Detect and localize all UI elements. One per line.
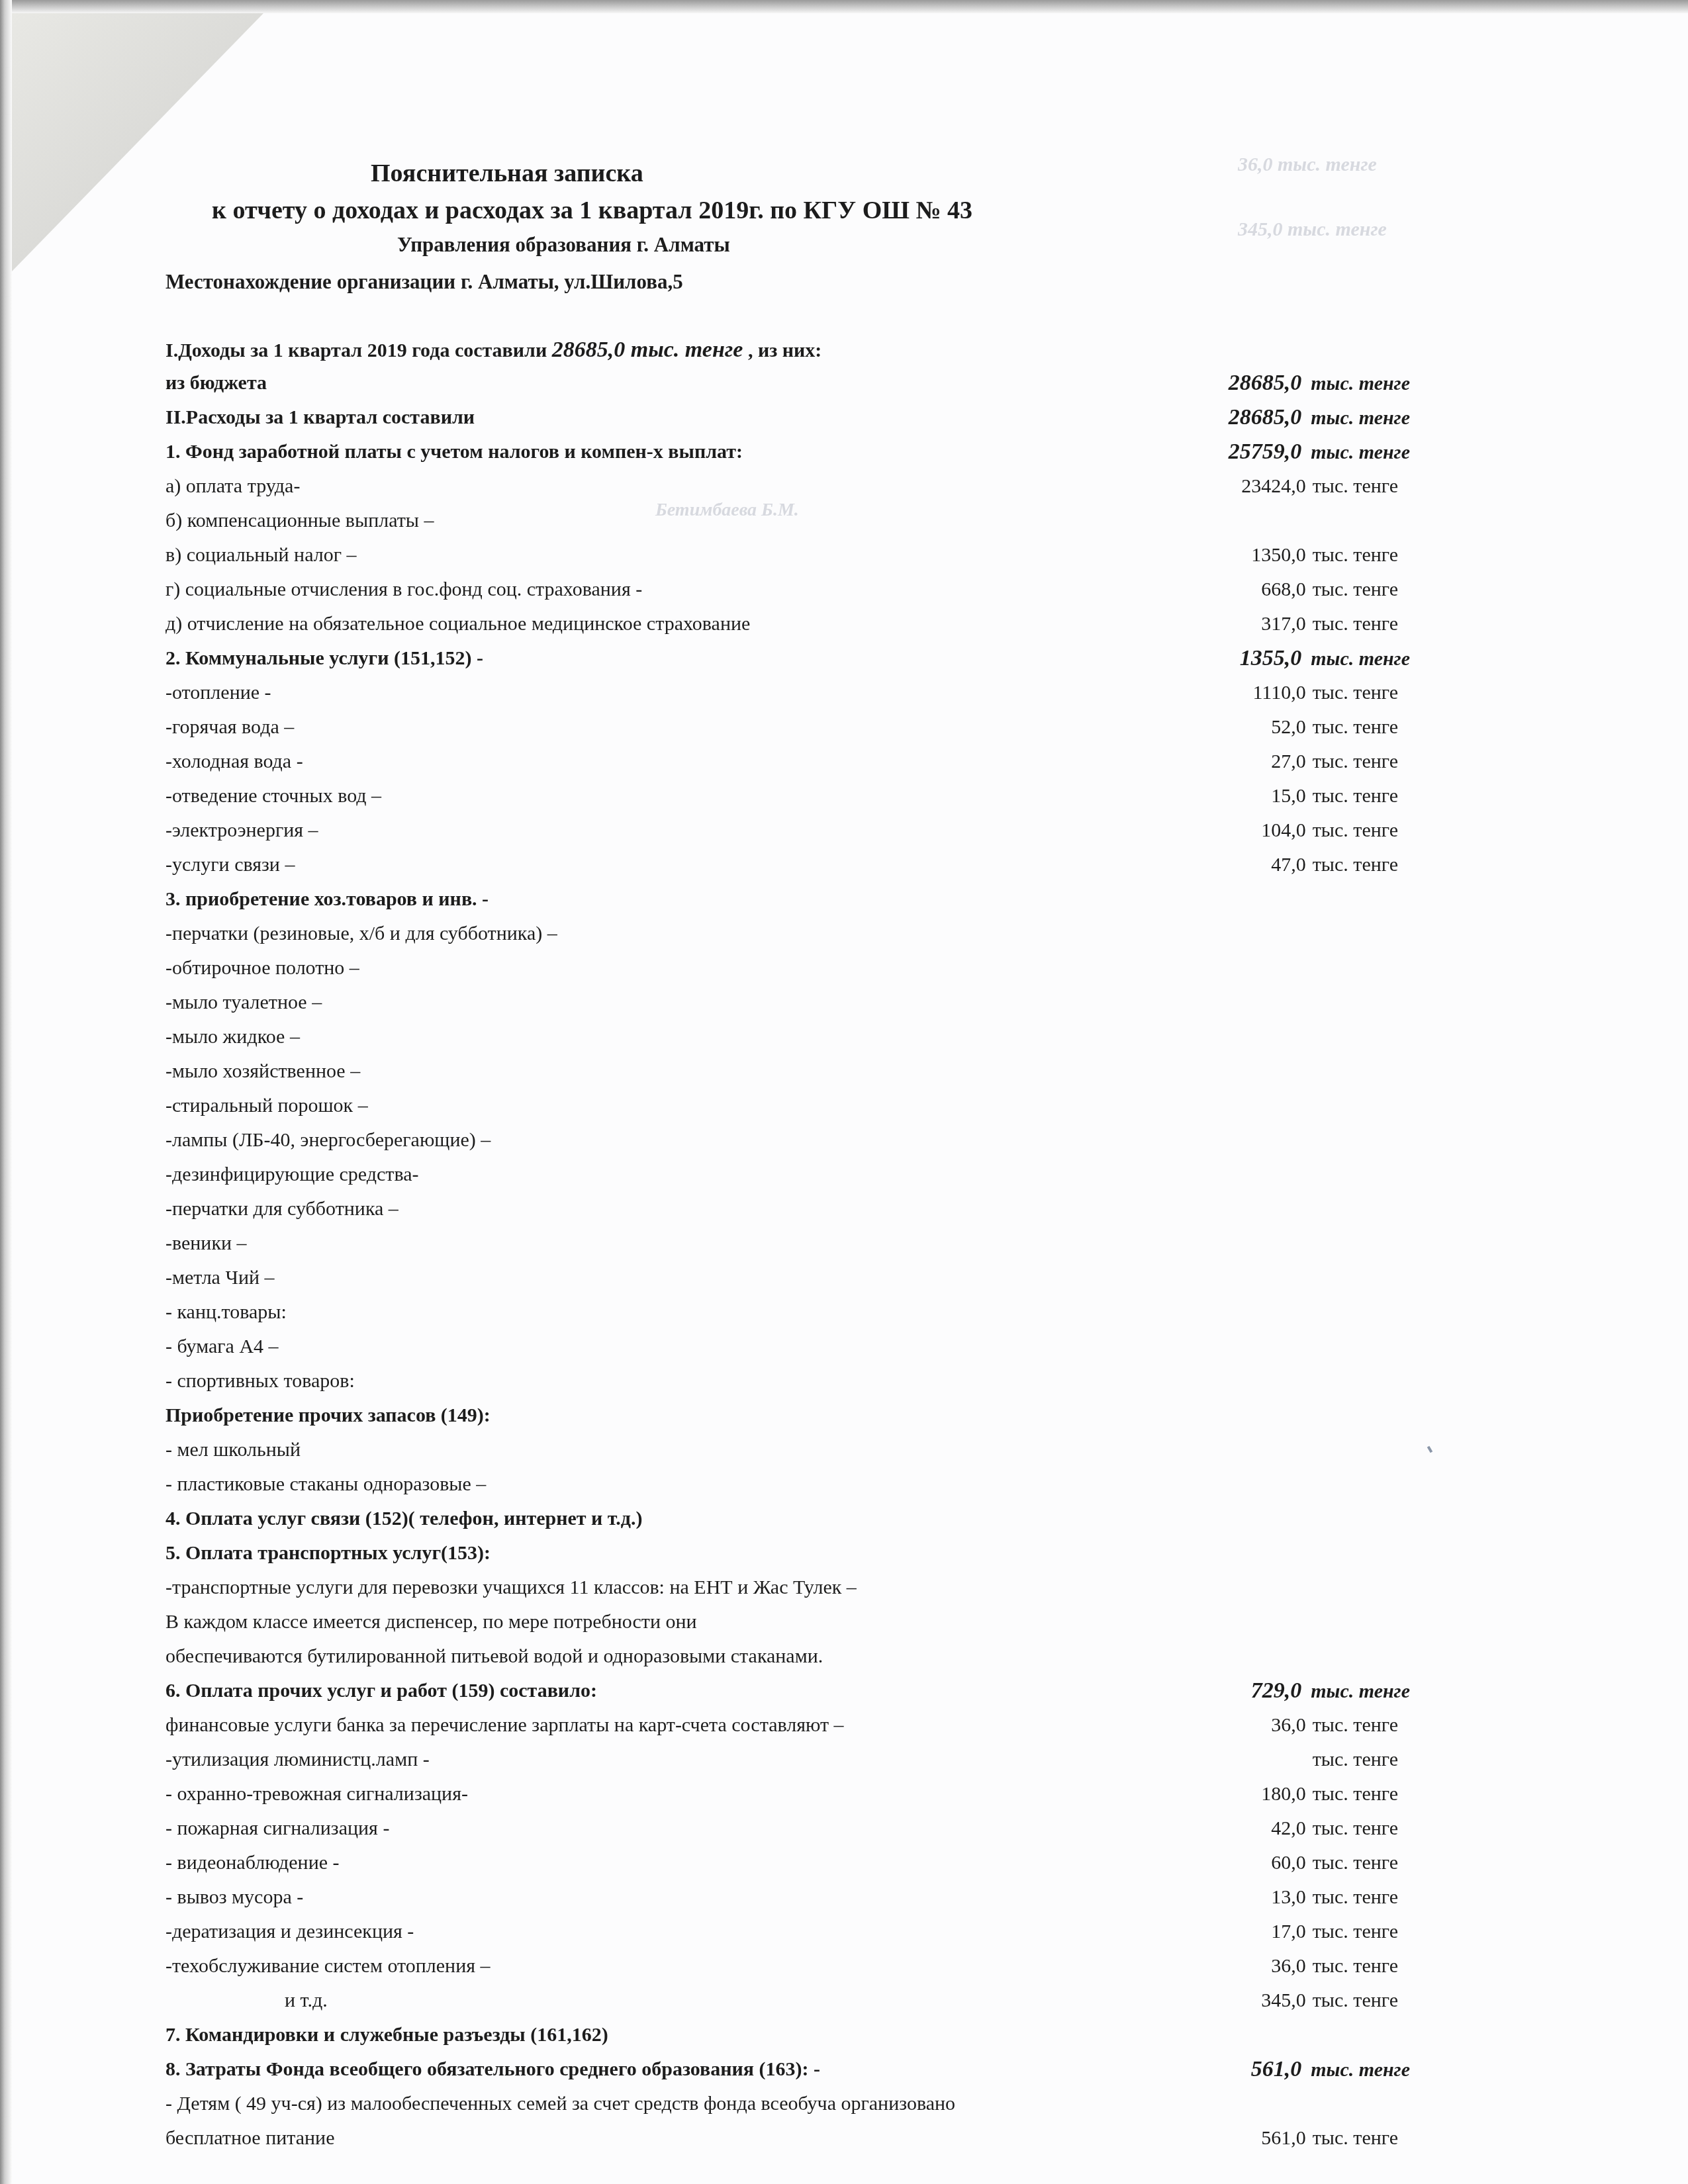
amount-value: 317,0 xyxy=(1261,613,1306,635)
line-item-label: -горячая вода – xyxy=(165,716,294,739)
line-item-label: -стиральный порошок – xyxy=(165,1095,368,1117)
amount-value: 28685,0 xyxy=(1229,371,1302,396)
line-item-label: -дезинфицирующие средства- xyxy=(165,1163,419,1186)
line-item-amount: 27,0тыс. тенге xyxy=(1271,751,1398,773)
scan-speck xyxy=(1427,1446,1432,1453)
line-item-amount: 180,0тыс. тенге xyxy=(1261,1783,1398,1805)
line-item-label: - канц.товары: xyxy=(165,1301,287,1324)
line-item-label: -перчатки (резиновые, х/б и для субботни… xyxy=(165,923,557,945)
section-heading: 5. Оплата транспортных услуг(153): xyxy=(165,1542,491,1565)
department: Управления образования г. Алматы xyxy=(397,233,861,257)
scan-left-edge xyxy=(0,0,12,2184)
amount-value: 345,0 xyxy=(1261,1989,1306,2012)
income-suffix: , из них: xyxy=(743,340,821,361)
line-item-label: -отопление - xyxy=(165,682,271,704)
amount-value: 36,0 xyxy=(1271,1714,1306,1737)
line-item-amount: 104,0тыс. тенге xyxy=(1261,819,1398,842)
line-item-label: - видеонаблюдение - xyxy=(165,1852,340,1874)
amount-value: 27,0 xyxy=(1271,751,1306,773)
currency-unit: тыс. тенге xyxy=(1313,613,1398,635)
line-item-label: бесплатное питание xyxy=(165,2127,334,2150)
amount-value: 104,0 xyxy=(1261,819,1306,842)
currency-unit: тыс. тенге xyxy=(1313,682,1398,704)
income-summary: I.Доходы за 1 квартал 2019 года составил… xyxy=(165,338,821,363)
currency-unit: тыс. тенге xyxy=(1313,1817,1398,1839)
line-item-amount: 60,0тыс. тенге xyxy=(1271,1852,1398,1874)
currency-unit: тыс. тенге xyxy=(1311,648,1410,670)
line-item-amount: 42,0тыс. тенге xyxy=(1271,1817,1398,1840)
currency-unit: тыс. тенге xyxy=(1313,544,1398,566)
currency-unit: тыс. тенге xyxy=(1311,441,1410,463)
line-item-label: -метла Чий – xyxy=(165,1267,275,1289)
section-heading: II.Расходы за 1 квартал составили xyxy=(165,406,475,429)
line-item-label: -мыло жидкое – xyxy=(165,1026,300,1048)
bleed-through-text: Бетимбаева Б.М. xyxy=(655,500,799,521)
currency-unit: тыс. тенге xyxy=(1311,407,1410,429)
line-item-label: и т.д. xyxy=(285,1989,328,2012)
line-item-label: - Детям ( 49 уч-ся) из малообеспеченных … xyxy=(165,2093,955,2115)
line-item-label: -обтирочное полотно – xyxy=(165,957,359,979)
line-item-label: -перчатки для субботника – xyxy=(165,1198,399,1220)
line-item-amount: 345,0тыс. тенге xyxy=(1261,1989,1398,2012)
organization-location: Местонахождение организации г. Алматы, у… xyxy=(165,270,960,294)
line-item-label: - вывоз мусора - xyxy=(165,1886,303,1909)
currency-unit: тыс. тенге xyxy=(1313,1989,1398,2011)
line-item-label: В каждом классе имеется диспенсер, по ме… xyxy=(165,1611,697,1633)
line-item-label: - охранно-тревожная сигнализация- xyxy=(165,1783,468,1805)
section-heading: из бюджета xyxy=(165,372,267,394)
currency-unit: тыс. тенге xyxy=(1311,2059,1410,2081)
amount-value: 42,0 xyxy=(1271,1817,1306,1840)
line-item-amount: тыс. тенге xyxy=(1306,1749,1398,1771)
section-heading: 4. Оплата услуг связи (152)( телефон, ин… xyxy=(165,1508,642,1530)
currency-unit: тыс. тенге xyxy=(1313,751,1398,772)
currency-unit: тыс. тенге xyxy=(1313,1852,1398,1874)
amount-value: 15,0 xyxy=(1271,785,1306,807)
currency-unit: тыс. тенге xyxy=(1313,1955,1398,1977)
line-item-amount: 13,0тыс. тенге xyxy=(1271,1886,1398,1909)
section-heading: 1. Фонд заработной платы с учетом налого… xyxy=(165,441,743,463)
currency-unit: тыс. тенге xyxy=(1313,1921,1398,1942)
amount-value: 60,0 xyxy=(1271,1852,1306,1874)
section-heading: 8. Затраты Фонда всеобщего обязательного… xyxy=(165,2058,820,2081)
line-item-label: -услуги связи – xyxy=(165,854,295,876)
currency-unit: тыс. тенге xyxy=(1313,819,1398,841)
line-item-label: - пожарная сигнализация - xyxy=(165,1817,389,1840)
section-total-amount: 561,0тыс. тенге xyxy=(1251,2057,1410,2082)
line-item-label: -техобслуживание систем отопления – xyxy=(165,1955,491,1978)
section-total-amount: 25759,0тыс. тенге xyxy=(1229,439,1410,465)
amount-value: 561,0 xyxy=(1261,2127,1306,2150)
currency-unit: тыс. тенге xyxy=(1313,475,1398,497)
currency-unit: тыс. тенге xyxy=(1313,1714,1398,1736)
line-item-amount: 668,0тыс. тенге xyxy=(1261,578,1398,601)
amount-value: 28685,0 xyxy=(1229,405,1302,430)
section-heading: 7. Командировки и служебные разъезды (16… xyxy=(165,2024,608,2046)
amount-value: 729,0 xyxy=(1251,1678,1302,1704)
line-item-amount: 47,0тыс. тенге xyxy=(1271,854,1398,876)
income-total: 28685,0 тыс. тенге xyxy=(552,338,743,362)
section-total-amount: 1355,0тыс. тенге xyxy=(1240,646,1410,671)
currency-unit: тыс. тенге xyxy=(1313,1749,1398,1770)
line-item-label: -дератизация и дезинсекция - xyxy=(165,1921,414,1943)
line-item-label: -электроэнергия – xyxy=(165,819,318,842)
line-item-label: - пластиковые стаканы одноразовые – xyxy=(165,1473,486,1496)
document-subtitle: к отчету о доходах и расходах за 1 кварт… xyxy=(212,196,1059,225)
amount-value: 36,0 xyxy=(1271,1955,1306,1978)
amount-value: 561,0 xyxy=(1251,2057,1302,2082)
line-item-label: -мыло хозяйственное – xyxy=(165,1060,360,1083)
currency-unit: тыс. тенге xyxy=(1313,1783,1398,1805)
line-item-label: б) компенсационные выплаты – xyxy=(165,510,434,532)
currency-unit: тыс. тенге xyxy=(1313,578,1398,600)
line-item-amount: 17,0тыс. тенге xyxy=(1271,1921,1398,1943)
line-item-amount: 15,0тыс. тенге xyxy=(1271,785,1398,807)
line-item-amount: 1110,0тыс. тенге xyxy=(1252,682,1398,704)
line-item-label: -лампы (ЛБ-40, энергосберегающие) – xyxy=(165,1129,491,1152)
currency-unit: тыс. тенге xyxy=(1311,373,1410,394)
line-item-label: - спортивных товаров: xyxy=(165,1370,355,1392)
currency-unit: тыс. тенге xyxy=(1313,1886,1398,1908)
line-item-label: г) социальные отчисления в гос.фонд соц.… xyxy=(165,578,642,601)
scan-top-edge xyxy=(0,0,1688,13)
amount-value: 17,0 xyxy=(1271,1921,1306,1943)
line-item-amount: 36,0тыс. тенге xyxy=(1271,1955,1398,1978)
line-item-label: финансовые услуги банка за перечисление … xyxy=(165,1714,844,1737)
currency-unit: тыс. тенге xyxy=(1313,785,1398,807)
line-item-label: - мел школьный xyxy=(165,1439,301,1461)
line-item-label: -транспортные услуги для перевозки учащи… xyxy=(165,1576,857,1599)
currency-unit: тыс. тенге xyxy=(1311,1680,1410,1702)
amount-value: 47,0 xyxy=(1271,854,1306,876)
line-item-label: -отведение сточных вод – xyxy=(165,785,381,807)
document-title: Пояснительная записка xyxy=(371,159,702,188)
section-total-amount: 28685,0тыс. тенге xyxy=(1229,371,1410,396)
line-item-amount: 52,0тыс. тенге xyxy=(1271,716,1398,739)
section-total-amount: 729,0тыс. тенге xyxy=(1251,1678,1410,1704)
section-heading: Приобретение прочих запасов (149): xyxy=(165,1404,491,1427)
line-item-label: а) оплата труда- xyxy=(165,475,300,498)
line-item-label: в) социальный налог – xyxy=(165,544,357,567)
bleed-through-text: 36,0 тыс. тенге xyxy=(1238,154,1377,176)
line-item-label: -веники – xyxy=(165,1232,247,1255)
income-label: I.Доходы за 1 квартал 2019 года составил… xyxy=(165,340,552,361)
line-item-amount: 561,0тыс. тенге xyxy=(1261,2127,1398,2150)
amount-value: 23424,0 xyxy=(1241,475,1306,498)
line-item-label: д) отчисление на обязательное социальное… xyxy=(165,613,750,635)
bleed-through-text: 345,0 тыс. тенге xyxy=(1238,218,1387,241)
section-heading: 2. Коммунальные услуги (151,152) - xyxy=(165,647,483,670)
line-item-amount: 1350,0тыс. тенге xyxy=(1251,544,1398,567)
currency-unit: тыс. тенге xyxy=(1313,854,1398,876)
line-item-amount: 317,0тыс. тенге xyxy=(1261,613,1398,635)
section-total-amount: 28685,0тыс. тенге xyxy=(1229,405,1410,430)
line-item-label: -мыло туалетное – xyxy=(165,991,322,1014)
line-item-amount: 23424,0тыс. тенге xyxy=(1241,475,1398,498)
amount-value: 1350,0 xyxy=(1251,544,1306,567)
amount-value: 668,0 xyxy=(1261,578,1306,601)
amount-value: 1110,0 xyxy=(1252,682,1305,704)
amount-value: 25759,0 xyxy=(1229,439,1302,465)
amount-value: 13,0 xyxy=(1271,1886,1306,1909)
section-heading: 6. Оплата прочих услуг и работ (159) сос… xyxy=(165,1680,597,1702)
amount-value: 180,0 xyxy=(1261,1783,1306,1805)
currency-unit: тыс. тенге xyxy=(1313,2127,1398,2149)
section-heading: 3. приобретение хоз.товаров и инв. - xyxy=(165,888,489,911)
line-item-label: - бумага А4 – xyxy=(165,1336,279,1358)
currency-unit: тыс. тенге xyxy=(1313,716,1398,738)
amount-value: 52,0 xyxy=(1271,716,1306,739)
line-item-amount: 36,0тыс. тенге xyxy=(1271,1714,1398,1737)
line-item-label: -утилизация люминистц.ламп - xyxy=(165,1749,430,1771)
amount-value: 1355,0 xyxy=(1240,646,1302,671)
line-item-label: -холодная вода - xyxy=(165,751,303,773)
folded-page-corner xyxy=(12,13,263,271)
line-item-label: обеспечиваются бутилированной питьевой в… xyxy=(165,1645,823,1668)
